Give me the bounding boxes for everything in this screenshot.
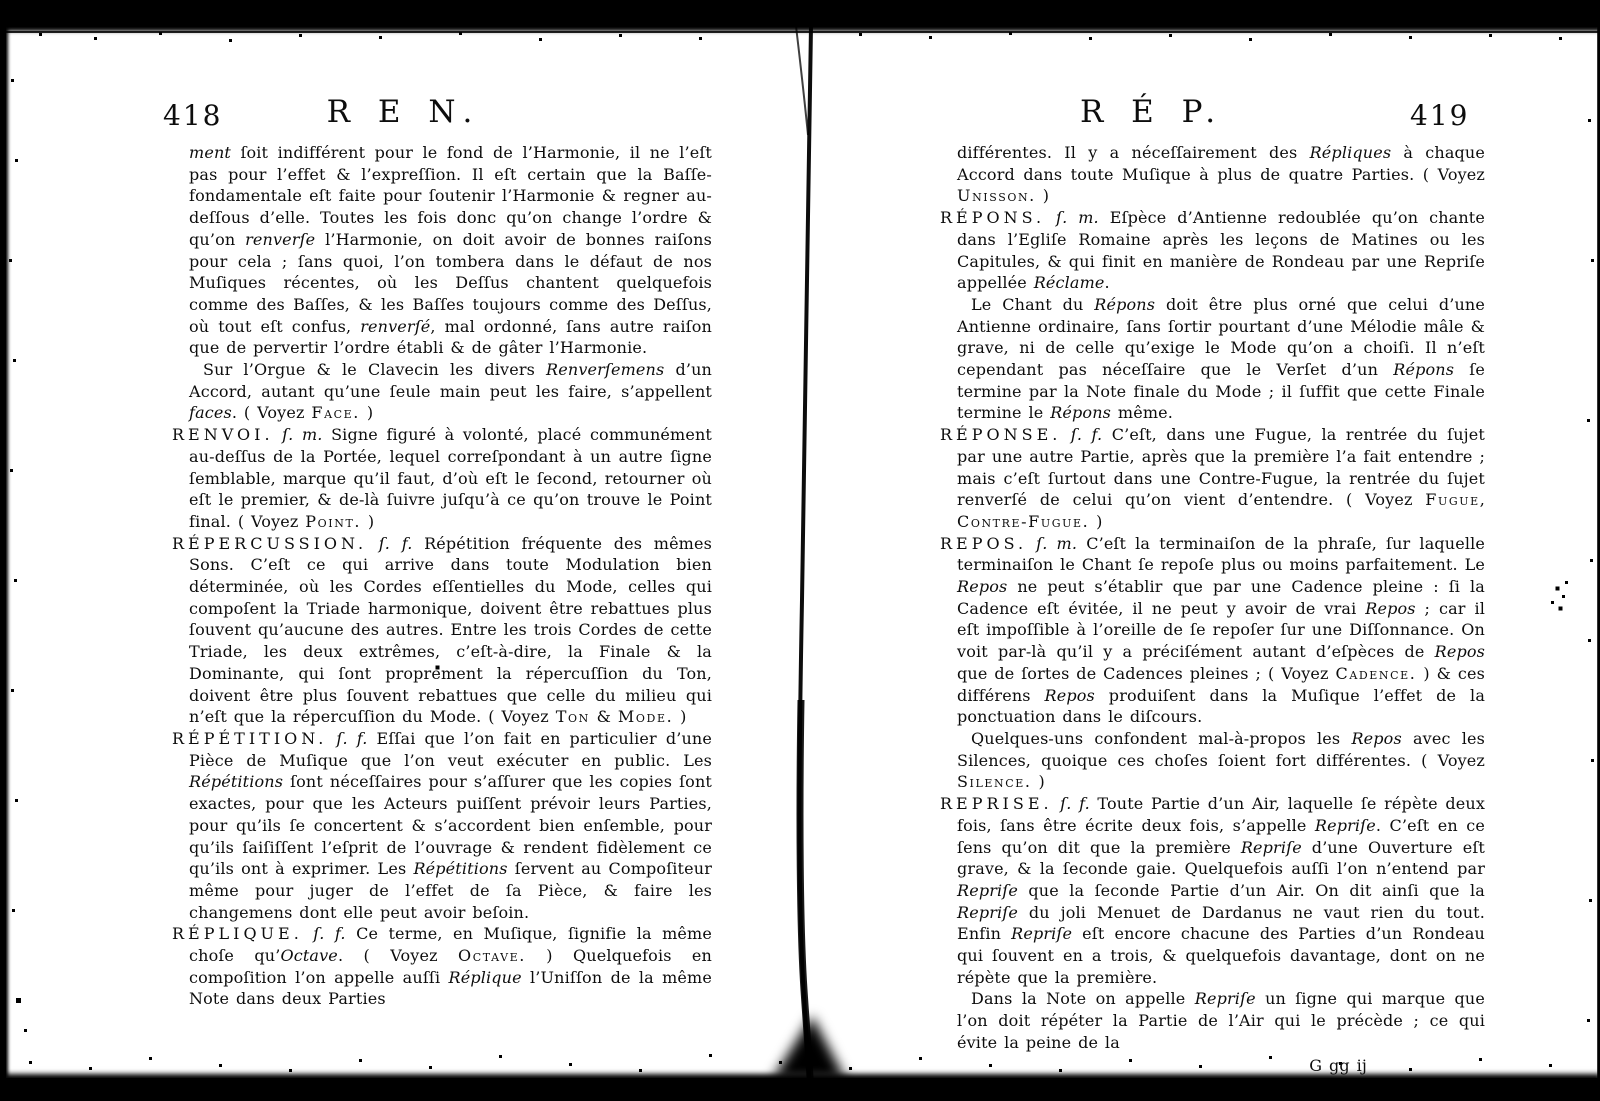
right-page-text: différentes. Il y a néceſſairement des R… (940, 142, 1485, 1076)
page-number-left: 418 (163, 99, 222, 132)
text-run: Répons (1094, 295, 1166, 314)
text-run: Face. (311, 403, 360, 422)
text-run: renverſe (245, 230, 325, 249)
entry-paragraph: RÉPERCUSSION. ſ. f. Répétition fréquente… (189, 533, 712, 728)
entry-paragraph: RENVOI. ſ. m. Signe figuré à volonté, pl… (189, 424, 712, 533)
entry-headword: RENVOI. (172, 425, 274, 444)
entry-paragraph: REPOS. ſ. m. C’eſt la terminaiſon de la … (957, 533, 1485, 728)
text-run: , (1480, 490, 1485, 509)
text-run: Repos (1435, 642, 1485, 661)
entry-headword: REPOS. (940, 534, 1027, 553)
paragraph: Le Chant du Répons doit être plus orné q… (957, 294, 1485, 424)
text-run: différentes. Il y a néceſſairement des (957, 143, 1310, 162)
entry-headword: RÉPERCUSSION. (172, 534, 367, 553)
paragraph: Dans la Note on appelle Repriſe un ſigne… (957, 988, 1485, 1053)
text-run: renverſé (360, 317, 430, 336)
text-run: que la ſeconde Partie d’un Air. On dit a… (1028, 881, 1485, 900)
text-run: que de ſortes de Cadences pleines ; ( Vo… (957, 664, 1336, 683)
running-head-right: R É P. (1080, 94, 1224, 130)
text-run: Repriſe (957, 903, 1029, 922)
text-run: ſ. m. (1045, 208, 1110, 227)
text-run: Renverſemens (546, 360, 675, 379)
text-run: Repos (1365, 599, 1424, 618)
book-scan: { "colors": { "paper": "#ffffff", "ink":… (0, 0, 1600, 1101)
scan-border-left (0, 26, 6, 1078)
text-run: Contre-Fugue. (957, 512, 1089, 531)
entry-headword: RÉPLIQUE. (172, 924, 303, 943)
text-run: Quelques-uns confondent mal-à-propos les (971, 729, 1351, 748)
text-run: ſ. f. (367, 534, 424, 553)
text-run: Octave. (458, 946, 526, 965)
text-run: Repos (1351, 729, 1413, 748)
text-run: Répliques (1310, 143, 1404, 162)
text-run: ) (1036, 186, 1049, 205)
entry-paragraph: RÉPLIQUE. ſ. f. Ce terme, en Muſique, ſi… (189, 923, 712, 1010)
text-run: & (590, 707, 618, 726)
entry-paragraph: RÉPONS. ſ. m. Eſpèce d’Antienne redoublé… (957, 207, 1485, 294)
paragraph: Quelques-uns confondent mal-à-propos les… (957, 728, 1485, 793)
scan-noise-speckles (0, 0, 1, 1)
text-run: ſ. m. (1027, 534, 1086, 553)
text-run: même. (1118, 403, 1173, 422)
scan-border-top (0, 0, 1600, 27)
text-run: faces (189, 403, 232, 422)
entry-headword: RÉPÉTITION. (172, 729, 327, 748)
text-run: Sur l’Orgue & le Clavecin les divers (203, 360, 546, 379)
text-run: Répons (1050, 403, 1118, 422)
paragraph: ment ſoit indifférent pour le fond de l’… (189, 142, 712, 359)
text-run: Répétition fréquente des mêmes Sons. C’e… (189, 534, 712, 727)
text-run: Repriſe (1195, 989, 1265, 1008)
text-run: Repriſe (1241, 838, 1312, 857)
text-run: Le Chant du (971, 295, 1094, 314)
page-number-right: 419 (1410, 99, 1469, 132)
text-run: Dans la Note on appelle (971, 989, 1195, 1008)
text-run: . ( Voyez (338, 946, 458, 965)
text-run: ) (1089, 512, 1102, 531)
text-run: Répétitions (413, 859, 514, 878)
text-run: ) (361, 512, 374, 531)
entry-paragraph: REPRISE. ſ. f. Toute Partie d’un Air, la… (957, 793, 1485, 988)
text-run: Fugue (1425, 490, 1479, 509)
text-run: Unisson. (957, 186, 1036, 205)
text-run: ſ. m. (274, 425, 332, 444)
text-run: Octave (280, 946, 337, 965)
text-run: Repriſe (957, 881, 1028, 900)
text-run: Ton (556, 707, 590, 726)
running-head-left: R E N. (327, 94, 482, 130)
text-run: ment (189, 143, 240, 162)
text-run: Répons (1393, 360, 1469, 379)
entry-paragraph: RÉPONSE. ſ. f. C’eſt, dans une Fugue, la… (957, 424, 1485, 533)
signature-mark: G gg ij (957, 1055, 1485, 1077)
scan-border-bottom (0, 1078, 1600, 1101)
text-run: Répétitions (189, 772, 290, 791)
entry-headword: RÉPONS. (940, 208, 1045, 227)
paragraph: Sur l’Orgue & le Clavecin les divers Ren… (189, 359, 712, 424)
text-run: . ( Voyez (232, 403, 312, 422)
text-run: Point. (305, 512, 361, 531)
text-run: Repos (957, 577, 1017, 596)
text-run: ſ. f. (303, 924, 356, 943)
text-run: Repriſe (1011, 924, 1082, 943)
text-run: ) (673, 707, 686, 726)
paragraph: différentes. Il y a néceſſairement des R… (957, 142, 1485, 207)
text-run: Silence. (957, 772, 1032, 791)
text-run: Cadence. (1336, 664, 1417, 683)
scan-border-top-edge (0, 31, 1600, 33)
text-run: Repriſe (1315, 816, 1376, 835)
entry-headword: REPRISE. (940, 794, 1053, 813)
text-run: ) (360, 403, 373, 422)
text-run: Réplique (449, 968, 531, 987)
entry-paragraph: RÉPÉTITION. ſ. f. Eſſai que l’on fait en… (189, 728, 712, 923)
text-run: . (1105, 273, 1110, 292)
text-run: ſ. f. (327, 729, 376, 748)
entry-headword: RÉPONSE. (940, 425, 1061, 444)
left-page-text: ment ſoit indifférent pour le fond de l’… (172, 142, 712, 1010)
text-run: Repos (1045, 686, 1109, 705)
text-run: ſ. f. (1053, 794, 1098, 813)
text-run: Réclame (1034, 273, 1105, 292)
text-run: ) (1032, 772, 1045, 791)
text-run: ſ. f. (1061, 425, 1111, 444)
text-run: Mode. (618, 707, 673, 726)
